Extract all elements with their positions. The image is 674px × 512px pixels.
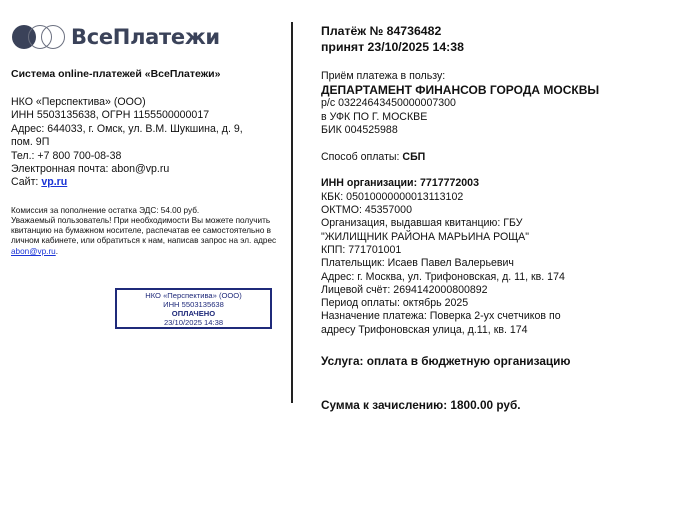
site-link[interactable]: vp.ru [41, 176, 67, 188]
payment-method: Способ оплаты: СБП [321, 151, 661, 164]
right-column: Платёж № 84736482 принят 23/10/2025 14:3… [321, 24, 661, 412]
payment-number: Платёж № 84736482 [321, 24, 661, 40]
payment-accepted: принят 23/10/2025 14:38 [321, 40, 661, 56]
org-issuer-line1: Организация, выдавшая квитанцию: ГБУ [321, 217, 661, 230]
brand-logo: ВсеПлатежи [11, 22, 286, 52]
company-address-line1: Адрес: 644033, г. Омск, ул. В.М. Шукшина… [11, 123, 286, 136]
org-issuer-line2: "ЖИЛИЩНИК РАЙОНА МАРЬИНА РОЩА" [321, 231, 661, 244]
paid-stamp: НКО «Перспектива» (ООО) ИНН 5503135638 О… [115, 288, 272, 329]
stamp-org: НКО «Перспектива» (ООО) [117, 291, 270, 300]
company-site: Сайт: vp.ru [11, 176, 286, 189]
recipient-block: Приём платежа в пользу: ДЕПАРТАМЕНТ ФИНА… [321, 70, 661, 137]
stamp-datetime: 23/10/2025 14:38 [117, 318, 270, 327]
org-inn: ИНН организации: 7717772003 [321, 177, 661, 190]
amount: Сумма к зачислению: 1800.00 руб. [321, 398, 661, 412]
notice-end: . [56, 247, 58, 256]
payer-name: Плательщик: Исаев Павел Валерьевич [321, 257, 661, 270]
company-name: НКО «Перспектива» (ООО) [11, 96, 286, 109]
stamp-status: ОПЛАЧЕНО [117, 309, 270, 318]
org-oktmo: ОКТМО: 45357000 [321, 204, 661, 217]
system-title: Система online-платежей «ВсеПлатежи» [11, 68, 286, 80]
site-label: Сайт: [11, 176, 41, 188]
company-address-line2: пом. 9П [11, 136, 286, 149]
organization-details: ИНН организации: 7717772003 КБК: 0501000… [321, 177, 661, 337]
two-circles-logo-icon [11, 24, 67, 50]
personal-account: Лицевой счёт: 2694142000800892 [321, 284, 661, 297]
service: Услуга: оплата в бюджетную организацию [321, 354, 661, 368]
recipient-bik: БИК 004525988 [321, 124, 661, 137]
recipient-name: ДЕПАРТАМЕНТ ФИНАНСОВ ГОРОДА МОСКВЫ [321, 83, 661, 97]
notice-body: Уважаемый пользователь! При необходимост… [11, 216, 276, 245]
org-kpp: КПП: 771701001 [321, 244, 661, 257]
commission-text: Комиссия за пополнение остатка ЭДС: 54.0… [11, 206, 286, 216]
payment-period: Период оплаты: октябрь 2025 [321, 297, 661, 310]
notice-email-link[interactable]: abon@vp.ru [11, 247, 56, 256]
org-kbk: КБК: 05010000000013113102 [321, 191, 661, 204]
company-info: НКО «Перспектива» (ООО) ИНН 5503135638, … [11, 96, 286, 190]
payment-purpose-line1: Назначение платежа: Поверка 2-ух счетчик… [321, 310, 661, 323]
column-divider [291, 22, 293, 403]
company-email: Электронная почта: abon@vp.ru [11, 163, 286, 176]
stamp-inn: ИНН 5503135638 [117, 300, 270, 309]
method-label: Способ оплаты: [321, 151, 402, 163]
left-column: ВсеПлатежи Система online-платежей «ВсеП… [11, 22, 286, 257]
recipient-label: Приём платежа в пользу: [321, 70, 661, 83]
recipient-bank: в УФК ПО Г. МОСКВЕ [321, 111, 661, 124]
payment-purpose-line2: адресу Трифоновская улица, д.11, кв. 174 [321, 324, 661, 337]
notice-block: Комиссия за пополнение остатка ЭДС: 54.0… [11, 206, 286, 257]
recipient-account: р/с 03224643450000007300 [321, 97, 661, 110]
payer-address: Адрес: г. Москва, ул. Трифоновская, д. 1… [321, 271, 661, 284]
notice-text: Уважаемый пользователь! При необходимост… [11, 216, 286, 257]
method-value: СБП [402, 151, 425, 163]
company-phone: Тел.: +7 800 700-08-38 [11, 150, 286, 163]
company-inn-ogrn: ИНН 5503135638, ОГРН 1155500000017 [11, 109, 286, 122]
brand-name: ВсеПлатежи [71, 25, 220, 49]
